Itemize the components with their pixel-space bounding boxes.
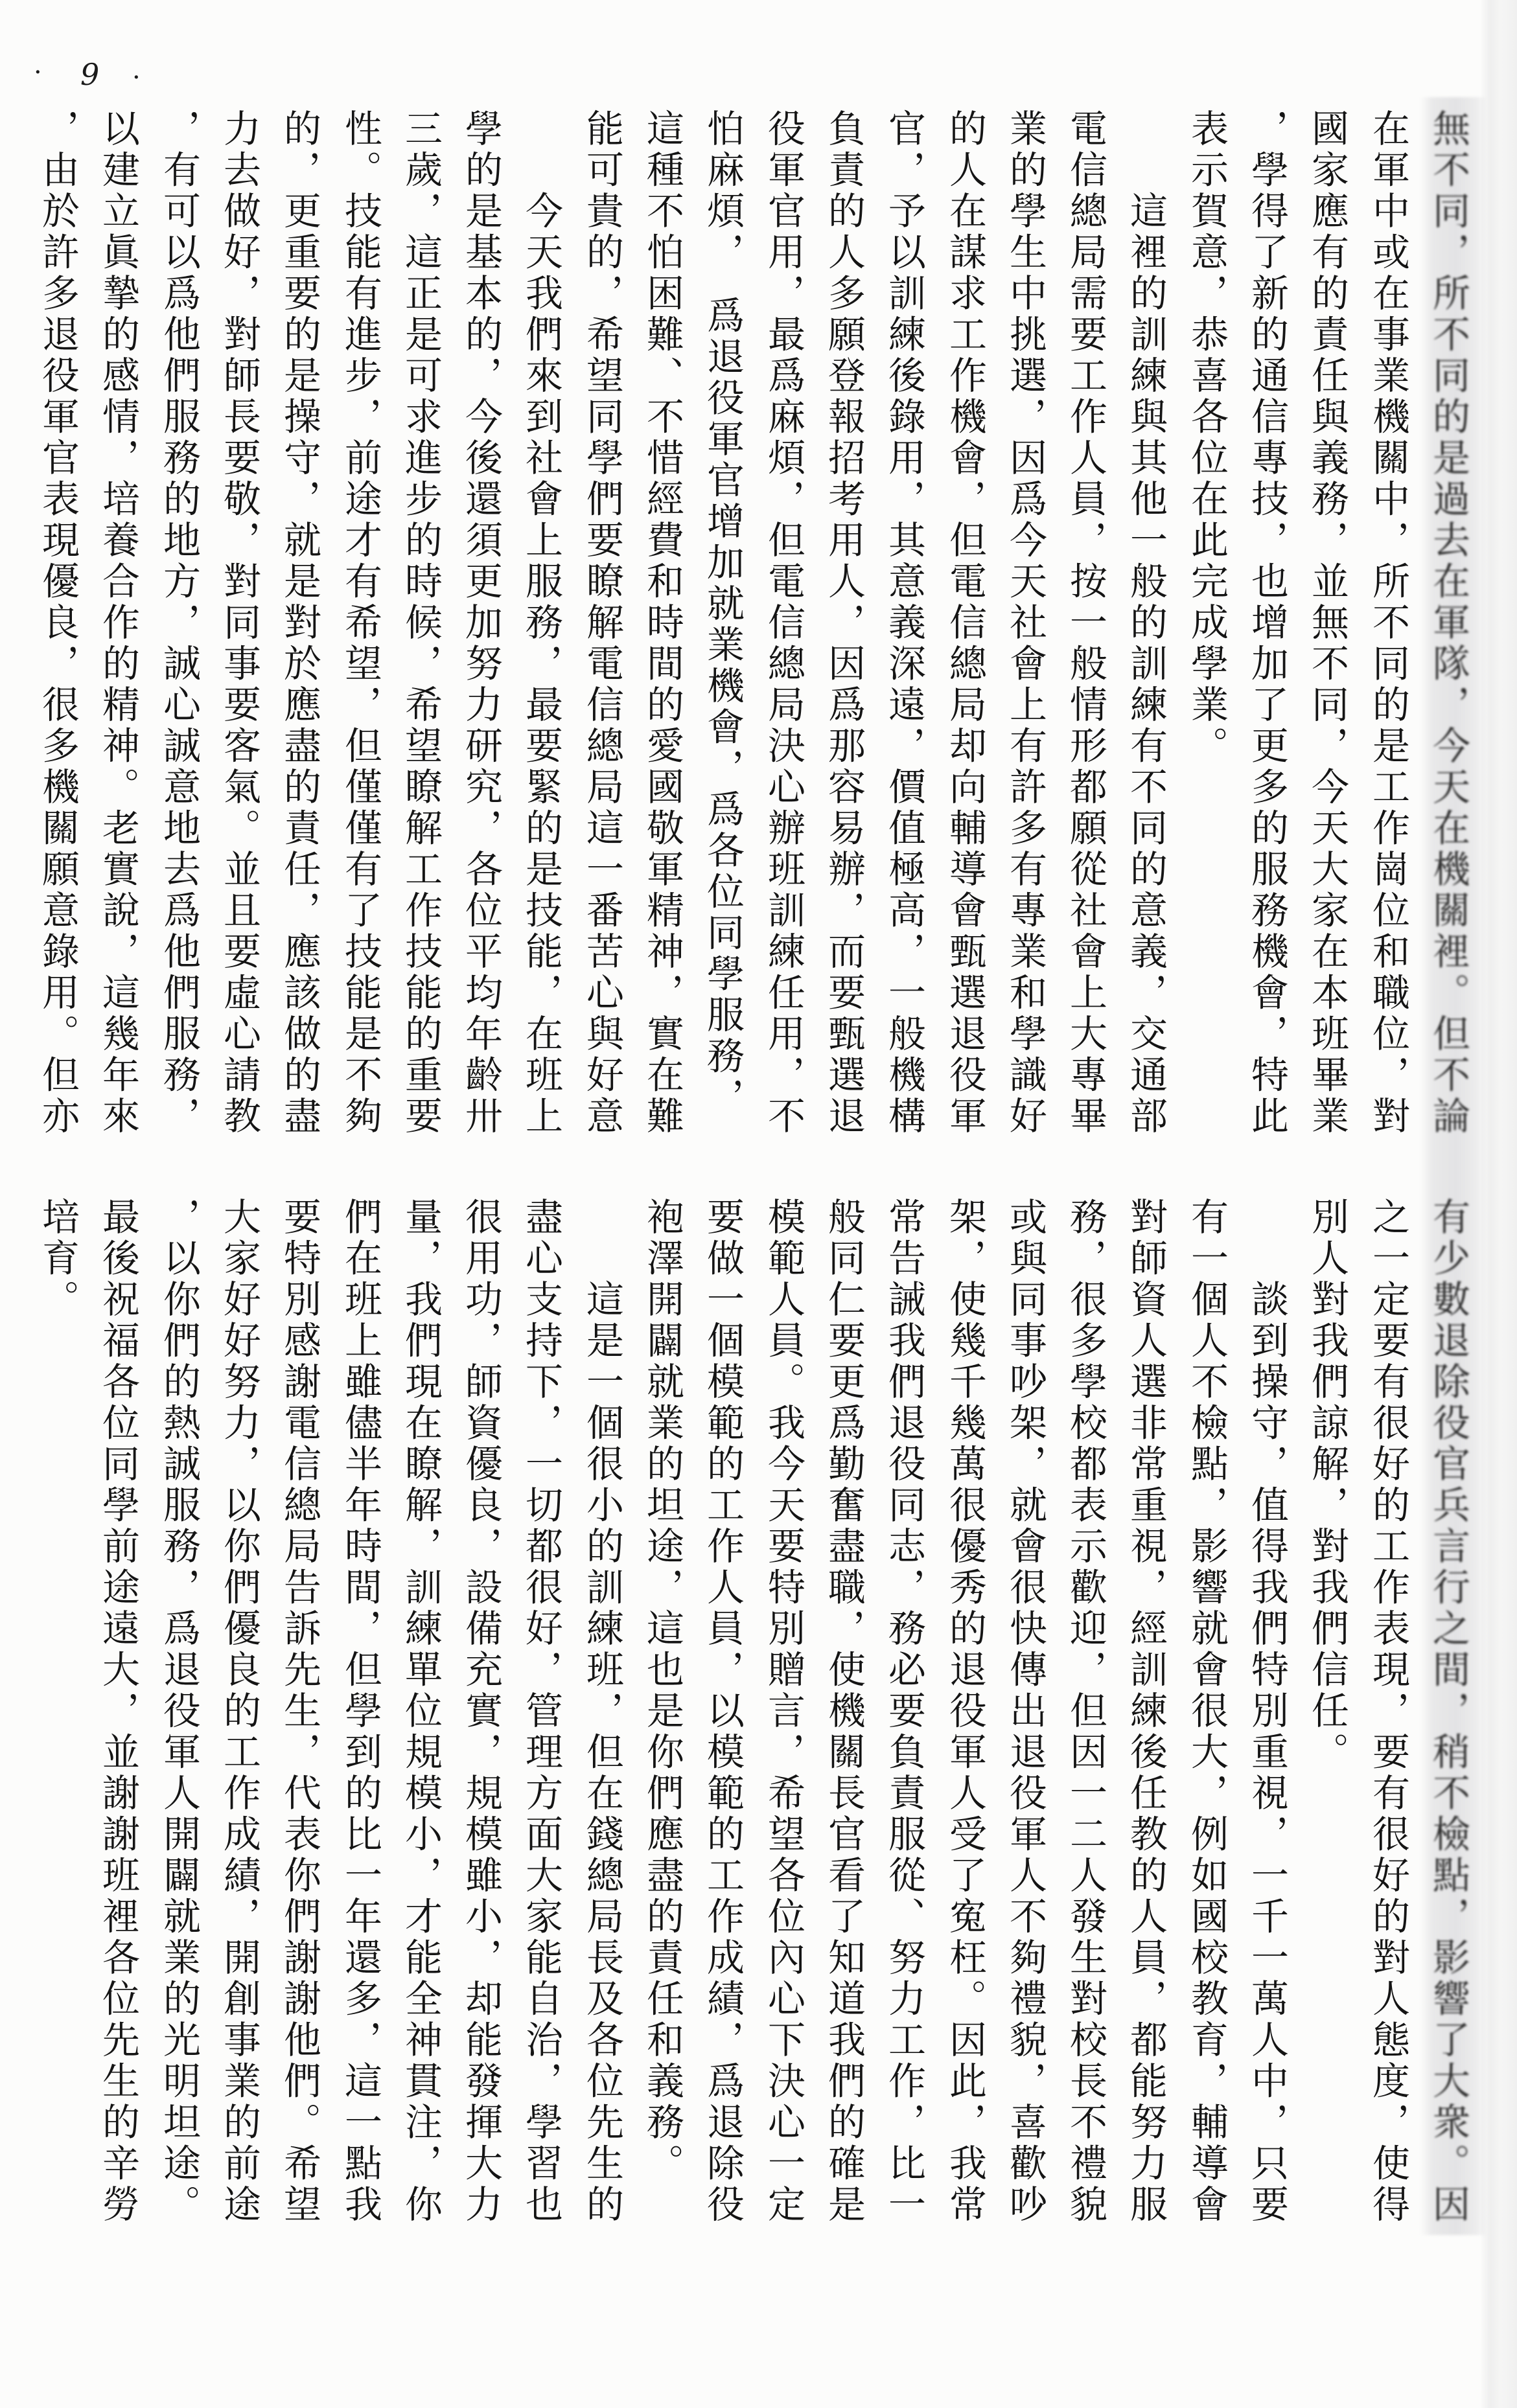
page-number-ornament-left: ·	[34, 60, 42, 86]
text-column: 要做一個模範的工作人員，以模範的工作成績，爲退除役	[702, 1197, 743, 2234]
text-column: 役軍官用，最爲麻煩，但電信總局決心辦班訓練任用，不	[763, 109, 804, 1145]
text-column: 力去做好，對師長要敬，對同事要客氣。並且要虛心請教	[218, 109, 260, 1145]
text-column: 這是一個很小的訓練班，但在錢總局長及各位先生的	[581, 1197, 623, 2234]
text-column: ，由於許多退役軍官表現優良，很多機關願意錄用。但亦	[37, 109, 78, 1145]
text-column: 三歲，這正是可求進步的時候，希望瞭解工作技能的重要	[400, 109, 441, 1145]
text-column: 模範人員。我今天要特別贈言，希望各位內心下決心一定	[763, 1197, 804, 2234]
text-column: 盡心支持下，一切都很好，管理方面大家能自治，學習也	[520, 1197, 562, 2234]
text-column: 官，予以訓練後錄用，其意義深遠，價值極高，一般機構	[883, 109, 925, 1145]
text-column: 能可貴的，希望同學們要瞭解電信總局這一番苦心與好意	[581, 109, 623, 1145]
text-column: 這裡的訓練與其他一般的訓練有不同的意義，交通部	[1125, 109, 1166, 1145]
text-column: 大家好好努力，以你們優良的工作成績，開創事業的前途	[218, 1197, 260, 2234]
text-column: 別人對我們諒解，對我們信任。	[1306, 1197, 1348, 2234]
text-column: 或與同事吵架，就會很快傳出退役軍人不夠禮貌，喜歡吵	[1004, 1197, 1046, 2234]
page-edge-shadow	[1481, 0, 1517, 2408]
page-number: 9	[80, 60, 99, 89]
text-column: 表示賀意，恭喜各位在此完成學業。	[1186, 109, 1227, 1145]
text-column: 無不同，所不同的是過去在軍隊，今天在機關裡。但不論	[1428, 109, 1469, 1145]
text-column: 有少數退除役官兵言行之間，稍不檢點，影響了大衆。因	[1428, 1197, 1469, 2234]
text-column: ，有可以爲他們服務的地方，誠心誠意地去爲他們服務，	[158, 109, 200, 1145]
text-column: 們在班上雖儘半年時間，但學到的比一年還多，這一點我	[340, 1197, 381, 2234]
text-column: 的，更重要的是操守，就是對於應盡的責任，應該做的盡	[279, 109, 320, 1145]
text-column: 今天我們來到社會上服務，最要緊的是技能，在班上	[520, 109, 562, 1145]
text-column: 培育。	[37, 1197, 78, 2234]
text-column: 般同仁要更爲勤奮盡職，使機關長官看了知道我們的確是	[823, 1197, 864, 2234]
book-page: · 9 · 無不同，所不同的是過去在軍隊，今天在機關裡。但不論 在軍中或在事業機…	[0, 0, 1517, 2408]
text-column: ，學得了新的通信專技，也增加了更多的服務機會，特此	[1246, 109, 1288, 1145]
text-column: 有一個人不檢點，影響就會很大，例如國校教育，輔導會	[1186, 1197, 1227, 2234]
text-column: 談到操守，值得我們特別重視，一千一萬人中，只要	[1246, 1197, 1288, 2234]
text-column: 國家應有的責任與義務，並無不同，今天大家在本班畢業	[1306, 109, 1348, 1145]
text-column: 的人在謀求工作機會，但電信總局却向輔導會甄選退役軍	[944, 109, 986, 1145]
text-column: 怕麻煩， 爲退役軍官增加就業機會，爲各位同學服務，	[702, 109, 743, 1145]
text-column: 性。技能有進步，前途才有希望，但僅僅有了技能是不夠	[340, 109, 381, 1145]
text-column: 務，很多學校都表示歡迎，但因一二人發生對校長不禮貌	[1065, 1197, 1106, 2234]
text-column: 這種不怕困難、不惜經費和時間的愛國敬軍精神，實在難	[642, 109, 683, 1145]
text-column: 袍澤開闢就業的坦途，這也是你們應盡的責任和義務。	[642, 1197, 683, 2234]
text-column: 學的是基本的，今後還須更加努力研究，各位平均年齡卅	[460, 109, 502, 1145]
text-column: 之一定要有很好的工作表現，要有很好的對人態度，使得	[1367, 1197, 1409, 2234]
text-column: 業的學生中挑選，因爲今天社會上有許多有專業和學識好	[1004, 109, 1046, 1145]
text-column: 很用功，師資優良，設備充實，規模雖小，却能發揮大力	[460, 1197, 502, 2234]
page-number-ornament-right: ·	[132, 65, 141, 91]
text-column: 電信總局需要工作人員，按一般情形都願從社會上大專畢	[1065, 109, 1106, 1145]
text-column: 負責的人多願登報招考用人，因爲那容易辦，而要甄選退	[823, 109, 864, 1145]
text-column: 量，我們現在瞭解，訓練單位規模小，才能全神貫注，你	[400, 1197, 441, 2234]
text-column: 架，使幾千幾萬很優秀的退役軍人受了寃枉。因此，我常	[944, 1197, 986, 2234]
text-column: 常告誡我們退役同志，務必要負責服從、努力工作，比一	[883, 1197, 925, 2234]
text-column: 最後祝福各位同學前途遠大，並謝謝班裡各位先生的辛勞	[97, 1197, 139, 2234]
text-column: 對師資人選非常重視，經訓練後任教的人員，都能努力服	[1125, 1197, 1166, 2234]
text-column: 以建立眞摯的感情，培養合作的精神。老實說，這幾年來	[97, 109, 139, 1145]
text-column: ，以你們的熱誠服務，爲退役軍人開闢就業的光明坦途。	[158, 1197, 200, 2234]
text-column: 要特別感謝電信總局告訴先生，代表你們謝謝他們。希望	[279, 1197, 320, 2234]
text-column: 在軍中或在事業機關中，所不同的是工作崗位和職位，對	[1367, 109, 1409, 1145]
